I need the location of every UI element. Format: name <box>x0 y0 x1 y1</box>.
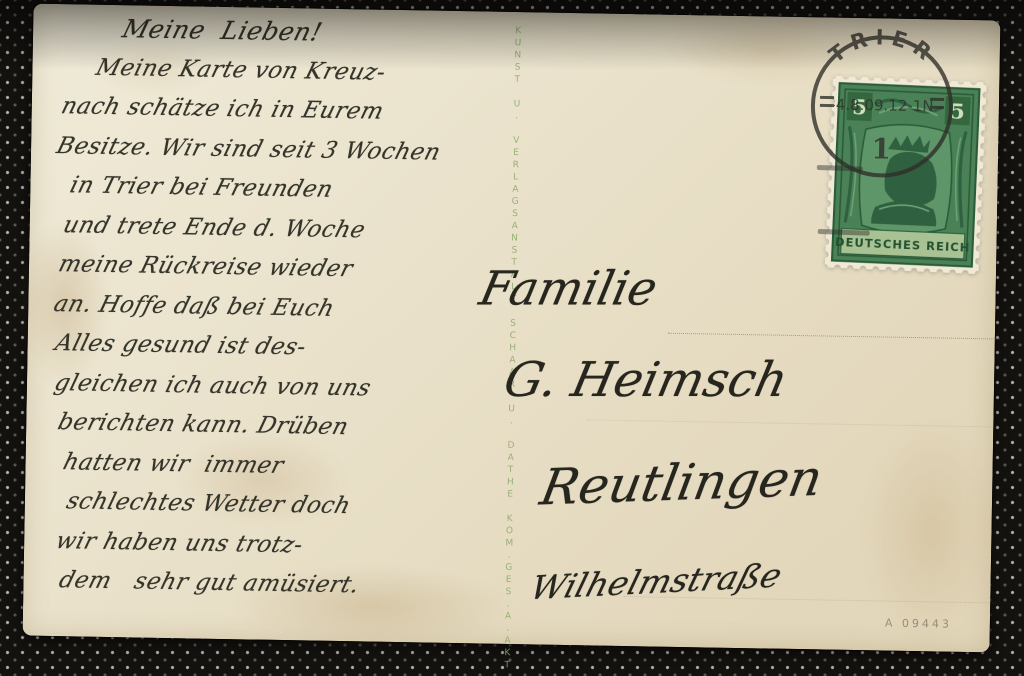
svg-text:TRIER: TRIER <box>824 25 942 69</box>
address-name: G. Heimsch <box>499 352 793 408</box>
address-city: Reutlingen <box>536 449 827 516</box>
postcard-back: Meine Lieben! Meine Karte von Kreuz- nac… <box>23 4 1001 653</box>
handwritten-message: Meine Lieben! Meine Karte von Kreuz- nac… <box>49 8 531 609</box>
address-guide-line <box>668 333 1000 340</box>
postmark-town: TRIER <box>824 25 942 69</box>
serial-number: A 09443 <box>885 617 952 631</box>
stain-blob <box>857 413 1006 650</box>
postmark: TRIER -4.8.09.12-1N 1 <box>801 25 964 188</box>
message-line: dem sehr gut amüsiert. <box>44 561 526 609</box>
postmark-office-number: 1 <box>871 132 891 165</box>
address-guide-line <box>586 419 994 427</box>
postmark-date: -4.8.09.12-1N <box>830 96 933 116</box>
address-street: Wilhelmstraße <box>526 556 786 607</box>
address-recipient-prefix: Familie <box>475 262 662 317</box>
